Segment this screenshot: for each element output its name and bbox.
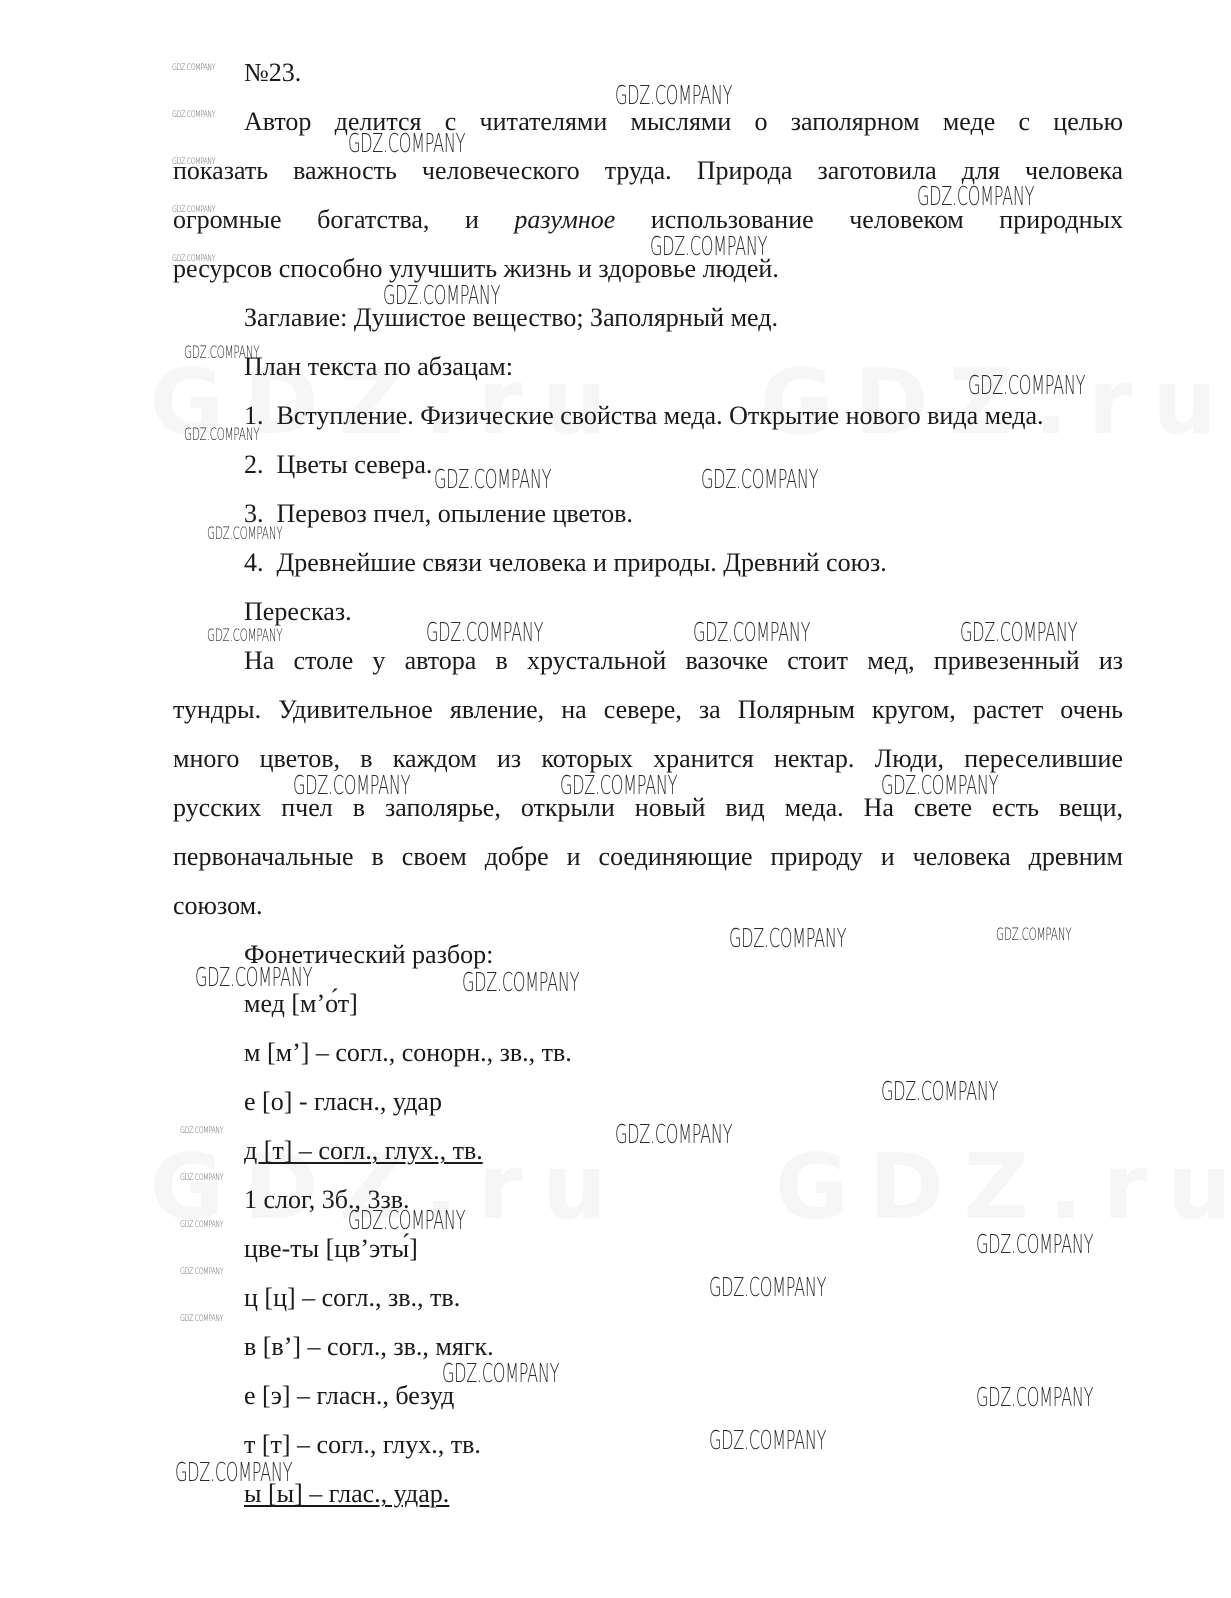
phonetic-letter: м [м’] – согл., сонорн., зв., тв. bbox=[244, 1038, 572, 1068]
watermark: GDZ.COMPANY bbox=[207, 627, 282, 645]
plan-item-3: 3. Перевоз пчел, опыление цветов. bbox=[244, 499, 633, 529]
watermark: GDZ.COMPANY bbox=[709, 1427, 826, 1455]
watermark: GDZ.COMPANY bbox=[426, 619, 543, 647]
watermark: GDZ.COMPANY bbox=[881, 1078, 998, 1106]
watermark: GDZ.COMPANY bbox=[180, 1314, 223, 1324]
watermark: GDZ.COMPANY bbox=[180, 1267, 223, 1277]
watermark: GDZ.COMPANY bbox=[172, 205, 215, 215]
phonetic-word-1: мед [м’о́т] bbox=[244, 989, 358, 1019]
watermark: GDZ.COMPANY bbox=[195, 964, 312, 992]
watermark: GDZ.COMPANY bbox=[175, 1459, 292, 1487]
intro-line-3-part-1: огромные богатства, и bbox=[173, 205, 514, 234]
retelling-line-5: первоначальные в своем добре и соединяющ… bbox=[173, 842, 1123, 872]
watermark: GDZ.COMPANY bbox=[172, 63, 215, 73]
plan-item-2: 2. Цветы севера. bbox=[244, 450, 432, 480]
watermark: GDZ.COMPANY bbox=[348, 130, 465, 158]
watermark: GDZ.COMPANY bbox=[172, 110, 215, 120]
watermark: GDZ.COMPANY bbox=[434, 466, 551, 494]
phonetic-letter: ц [ц] – согл., зв., тв. bbox=[244, 1283, 460, 1313]
watermark: GDZ.COMPANY bbox=[976, 1231, 1093, 1259]
watermark: GDZ.COMPANY bbox=[180, 1126, 223, 1136]
phonetic-letter: е [о] - гласн., удар bbox=[244, 1087, 442, 1117]
watermark: GDZ.COMPANY bbox=[917, 183, 1034, 211]
watermark: GDZ.COMPANY bbox=[293, 772, 410, 800]
watermark: GDZ.COMPANY bbox=[560, 772, 677, 800]
title-line: Заглавие: Душистое вещество; Заполярный … bbox=[244, 303, 778, 333]
watermark: GDZ.COMPANY bbox=[180, 1220, 223, 1230]
task-number: №23. bbox=[244, 58, 301, 88]
watermark: GDZ.COMPANY bbox=[615, 82, 732, 110]
intro-line-3-part-2: использование человеком природных bbox=[615, 205, 1123, 234]
plan-heading: План текста по абзацам: bbox=[244, 352, 513, 382]
phonetic-letter: т [т] – согл., глух., тв. bbox=[244, 1430, 481, 1460]
retelling-heading: Пересказ. bbox=[244, 597, 352, 627]
watermark: GDZ.COMPANY bbox=[709, 1274, 826, 1302]
phonetic-letter: е [э] – гласн., безуд bbox=[244, 1381, 454, 1411]
watermark: GDZ.COMPANY bbox=[960, 619, 1077, 647]
watermark: GDZ.COMPANY bbox=[180, 1173, 223, 1183]
watermark: GDZ.COMPANY bbox=[172, 157, 215, 167]
phonetic-letter: д [т] – согл., глух., тв. bbox=[244, 1136, 483, 1166]
watermark: GDZ.COMPANY bbox=[172, 254, 215, 264]
watermark: GDZ.COMPANY bbox=[348, 1207, 465, 1235]
phonetic-word-2: цве-ты [цв’эты́] bbox=[244, 1234, 418, 1264]
retelling-line-6: союзом. bbox=[173, 891, 263, 921]
watermark: GDZ.COMPANY bbox=[184, 426, 259, 444]
watermark: GDZ.COMPANY bbox=[184, 344, 259, 362]
watermark: GDZ.COMPANY bbox=[615, 1121, 732, 1149]
watermark: GDZ.COMPANY bbox=[462, 969, 579, 997]
faint-watermark: GDZ.ru bbox=[775, 1135, 1231, 1240]
watermark: GDZ.COMPANY bbox=[442, 1360, 559, 1388]
watermark: GDZ.COMPANY bbox=[701, 466, 818, 494]
watermark: GDZ.COMPANY bbox=[650, 233, 767, 261]
retelling-line-1: На столе у автора в хрустальной вазочке … bbox=[244, 646, 1123, 676]
plan-item-4: 4. Древнейшие связи человека и природы. … bbox=[244, 548, 887, 578]
watermark: GDZ.COMPANY bbox=[729, 925, 846, 953]
watermark: GDZ.COMPANY bbox=[693, 619, 810, 647]
watermark: GDZ.COMPANY bbox=[881, 772, 998, 800]
retelling-line-3: много цветов, в каждом из которых хранит… bbox=[173, 744, 1123, 774]
retelling-line-2: тундры. Удивительное явление, на севере,… bbox=[173, 695, 1123, 725]
watermark: GDZ.COMPANY bbox=[976, 1384, 1093, 1412]
watermark: GDZ.COMPANY bbox=[968, 372, 1085, 400]
phonetic-letter: в [в’] – согл., зв., мягк. bbox=[244, 1332, 494, 1362]
watermark: GDZ.COMPANY bbox=[996, 926, 1071, 944]
emphasis-word: разумное bbox=[514, 205, 615, 234]
watermark: GDZ.COMPANY bbox=[207, 525, 282, 543]
watermark: GDZ.COMPANY bbox=[383, 282, 500, 310]
plan-item-1: 1. Вступление. Физические свойства меда.… bbox=[244, 401, 1044, 431]
document-page: GDZ.ru GDZ.ru GDZ.ru GDZ.ru №23. Автор д… bbox=[0, 0, 1231, 1598]
